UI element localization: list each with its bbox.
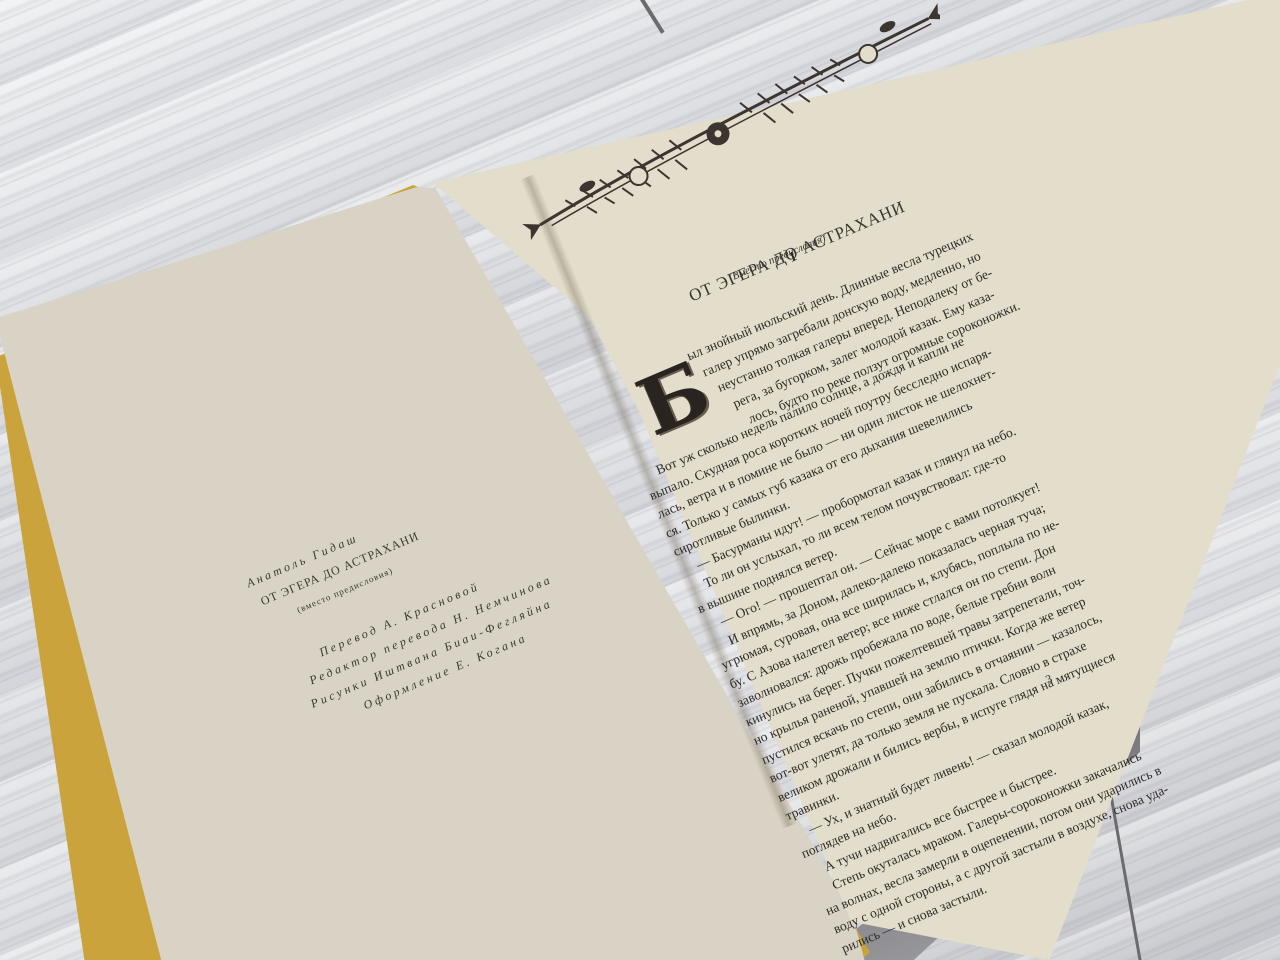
open-book: Анатоль Гидаш ОТ ЭГЕРА ДО АСТРАХАНИ (вме… bbox=[0, 0, 1280, 960]
